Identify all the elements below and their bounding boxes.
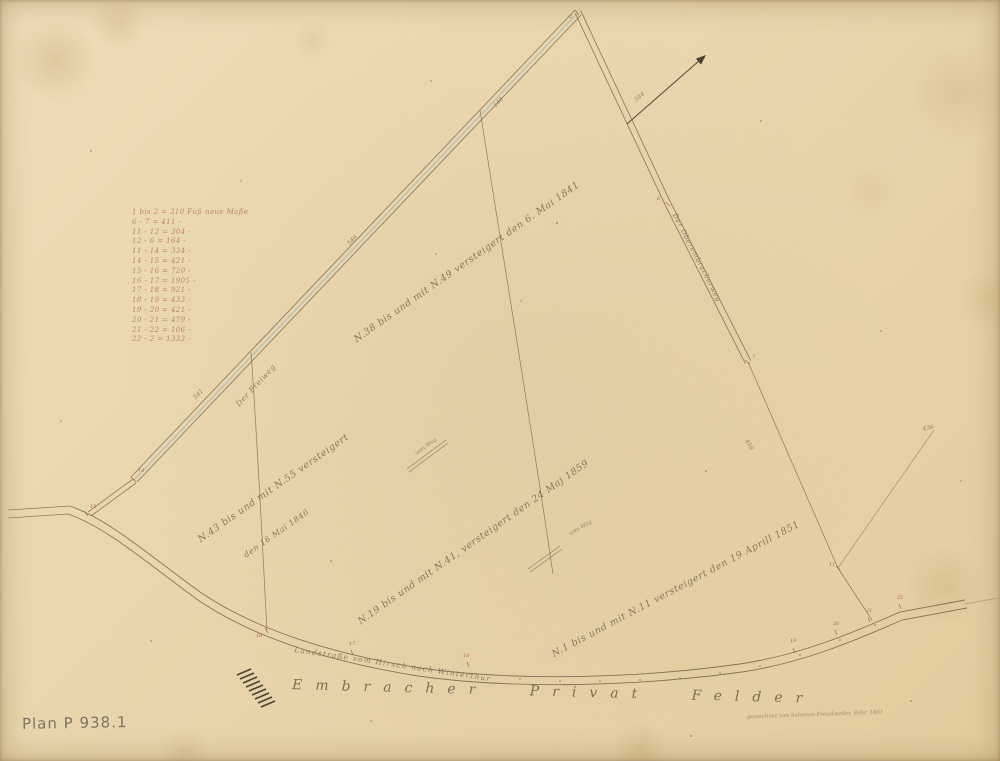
paper-specks (556, 222, 558, 224)
legend-row: 18 - 19 = 433 - (132, 296, 248, 306)
station-number: 17 (349, 641, 355, 647)
legend-row: 20 - 21 = 479 - (132, 316, 248, 326)
station-number: 2 (569, 14, 572, 20)
left-stub-road (8, 479, 136, 518)
archive-number: Plan P 938.1 (22, 713, 128, 733)
legend-row: 6 - 7 = 411 - (132, 218, 248, 228)
legend-row: 14 - 15 = 421 - (132, 257, 248, 267)
parcel-lines (251, 110, 553, 630)
plan-sheet: 1 bis 2 = 310 Fuß neue Maße 6 - 7 = 411 … (0, 0, 1000, 761)
legend-row: 19 - 20 = 421 - (132, 306, 248, 316)
legend-row: 15 - 16 = 720 - (132, 267, 248, 277)
legend-row: 16 - 17 = 1905 - (132, 277, 248, 287)
legend-row: 22 - 2 = 1333 - (132, 335, 248, 345)
hatch-mark (237, 669, 275, 707)
branch-road (575, 11, 670, 206)
station-number: 21 (866, 608, 872, 614)
legend-row: 11 - 12 = 304 - (132, 228, 248, 238)
legend-row: 17 - 18 = 921 - (132, 286, 248, 296)
station-number: 22 (897, 595, 903, 601)
station-number: 19 (790, 638, 796, 644)
legend-row: 11 - 14 = 334 - (132, 247, 248, 257)
station-number: 6 (657, 196, 660, 202)
legend-row: 1 bis 2 = 310 Fuß neue Maße (132, 208, 248, 218)
legend-table: 1 bis 2 = 310 Fuß neue Maße 6 - 7 = 411 … (132, 208, 248, 345)
station-number: 20 (833, 621, 839, 627)
station-number: 7 (752, 354, 755, 360)
north-arrow-icon (627, 55, 706, 124)
map-lines (0, 0, 1000, 761)
station-number: 14 (138, 468, 144, 474)
station-number: 15 (90, 504, 96, 510)
station-number: 18 (463, 653, 469, 659)
boundary-lines (748, 362, 998, 620)
station-number: 11 (829, 562, 835, 568)
small-paths (407, 440, 562, 572)
legend-row: 12 - 6 = 164 - (132, 237, 248, 247)
survey-dots (519, 624, 876, 682)
legend-row: 21 - 22 = 106 - (132, 326, 248, 336)
station-number: 16 (256, 633, 262, 639)
